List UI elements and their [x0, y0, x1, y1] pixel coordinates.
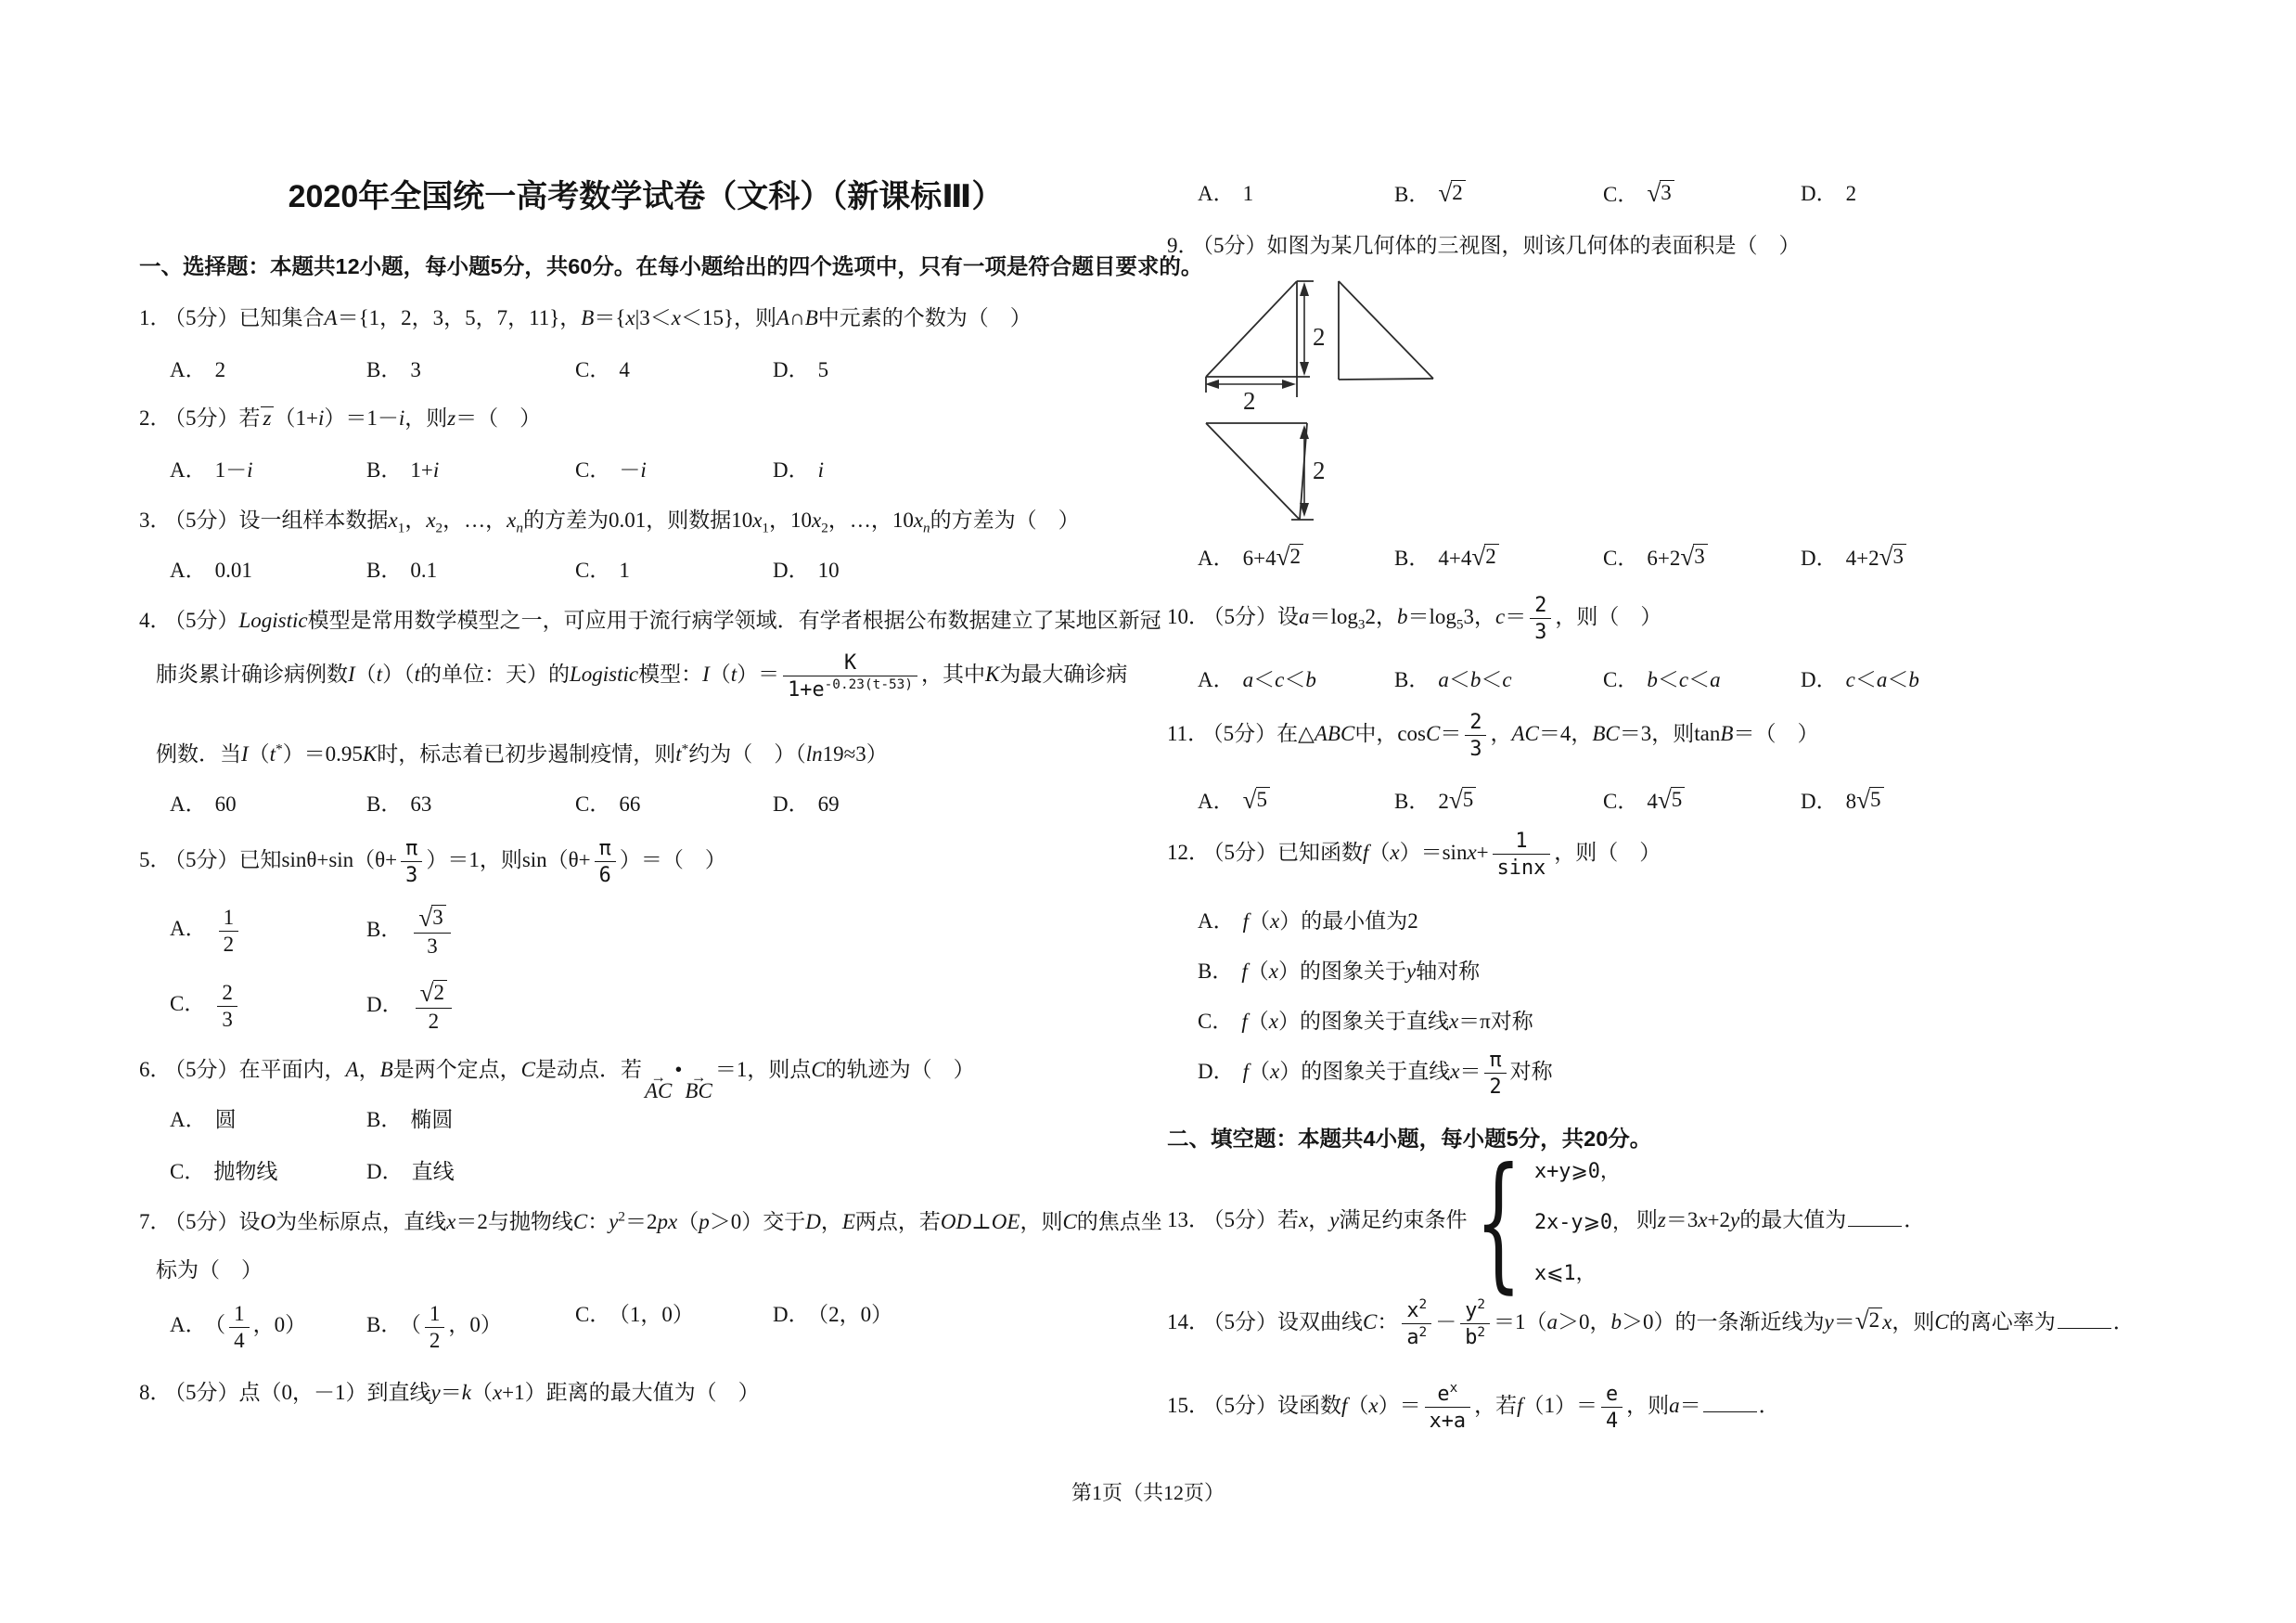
text-run: 2: [1869, 1308, 1880, 1332]
text-run: ＝: [1505, 605, 1526, 628]
option: C．－i: [575, 457, 773, 484]
question-1-stem: 1．（5分）已知集合A＝{1，2，3，5，7，11}，B＝{x|3＜x＜15}，…: [139, 304, 1152, 332]
math-variable: x: [1269, 1010, 1278, 1033]
math-variable: OD: [941, 1210, 971, 1233]
subscript: n: [516, 521, 523, 536]
question-stem-text: （5分）设a＝log32，b＝log53，c＝23，则（ ）: [1213, 605, 1661, 628]
text-run: ＝2与抛物线: [455, 1210, 573, 1233]
math-variable: x: [1467, 841, 1476, 864]
option: C．（1，0）: [575, 1301, 773, 1353]
radicand: 5: [1671, 787, 1686, 812]
question-number: 9．: [1167, 234, 1199, 257]
math-variable: i: [818, 458, 824, 482]
text-run: 约为（ ）（: [688, 742, 806, 766]
option-content: －i: [619, 458, 646, 482]
option: A．√5: [1198, 787, 1394, 816]
option-content: （1，0）: [619, 1303, 694, 1326]
text-run: 3: [222, 1008, 233, 1031]
fraction: π2: [1484, 1047, 1506, 1100]
text-run: （: [1368, 841, 1390, 864]
question-stem-text: （5分）在平面内，A，B是两个定点，C是动点．若→AC•→BC＝1，则点C的轨迹…: [175, 1058, 975, 1081]
question-14-stem: 14．（5分）设双曲线C：x2a2－y2b2＝1（a＞0，b＞0）的一条渐近线为…: [1167, 1297, 2234, 1350]
math-variable: y: [609, 1210, 618, 1233]
text-run: *: [276, 741, 283, 756]
math-variable: x: [426, 509, 435, 532]
option: D．i: [773, 457, 1152, 484]
text-run: 3: [1661, 181, 1672, 204]
radical-sign: √: [1855, 1307, 1869, 1333]
option: D．f（x）的图象关于直线x＝π2对称: [1198, 1047, 2234, 1100]
text-run: ＝（ ）: [455, 406, 541, 430]
question-4-stem-line-2: 肺炎累计确诊病例数I（t）（t的单位：天）的Logistic模型：I（t）＝K1…: [139, 650, 1152, 702]
fraction-denominator: 2: [1484, 1074, 1506, 1100]
option-label: D．: [1801, 790, 1838, 813]
text-run: （5分）设: [1213, 605, 1299, 628]
option: B．63: [366, 791, 575, 818]
page-footer: 第1页（共12页）: [0, 1477, 2296, 1506]
radical: √2: [420, 980, 447, 1006]
fraction-denominator: a2: [1402, 1324, 1431, 1350]
text-run: 3，: [1463, 605, 1495, 628]
fraction: y2b2: [1460, 1297, 1490, 1350]
option-label: B．: [366, 458, 402, 482]
option-content: 1: [1243, 182, 1254, 205]
fraction: K1+e-0.23(t-53): [783, 650, 917, 702]
radical: √2: [1276, 544, 1303, 570]
vertical-dimension-arrow: [1300, 425, 1309, 517]
text-run: ＝1，则点: [715, 1058, 812, 1081]
text-run: ）的图象关于直线: [1279, 1060, 1450, 1083]
math-variable: x: [625, 306, 635, 329]
text-run: 8: [1846, 790, 1857, 813]
section-2-header: 二、填空题：本题共4小题，每小题5分，共20分。: [1167, 1125, 2234, 1153]
text-run: ．: [1759, 1394, 1780, 1417]
text-run: 0.1: [410, 559, 437, 582]
math-variable: A: [346, 1058, 359, 1081]
math-variable: Logistic: [570, 663, 638, 686]
option-label: B．: [366, 1108, 402, 1131]
fraction: √22: [416, 980, 452, 1034]
text-run: 4+2: [1846, 547, 1879, 570]
option-label: B．: [1394, 547, 1430, 570]
option: B．椭圆: [366, 1106, 1152, 1134]
math-variable: z: [1658, 1208, 1666, 1231]
text-run: +1）距离的最大值为（ ）: [502, 1381, 759, 1404]
option: C．23: [170, 980, 366, 1034]
text-run: 1: [1243, 182, 1254, 205]
text-run: ，: [1490, 722, 1511, 745]
superscript: 2: [618, 1208, 625, 1224]
option-label: A．: [170, 559, 207, 582]
text-run: （5分）在平面内，: [175, 1058, 346, 1081]
radical: √3: [418, 905, 445, 931]
fraction-denominator: 6: [595, 862, 616, 888]
option-label: A．: [170, 917, 207, 940]
text-run: ＝: [1440, 722, 1461, 745]
question-7-stem-line-1: 7．（5分）设O为坐标原点，直线x＝2与抛物线C：y2＝2px（p＞0）交于D，…: [139, 1208, 1152, 1236]
option-content: （14，0）: [215, 1313, 307, 1336]
math-variable: x: [914, 509, 923, 532]
text-run: （5分）已知sinθ+sin（θ+: [175, 848, 398, 871]
text-run: ）＝0.95: [283, 742, 363, 766]
math-variable: E: [842, 1210, 855, 1233]
math-variable: B: [581, 306, 594, 329]
section-1-header: 一、选择题：本题共12小题，每小题5分，共60分。在每小题给出的四个选项中，只有…: [139, 252, 1152, 280]
option: D．69: [773, 791, 1152, 818]
question-9-stem: 9．（5分）如图为某几何体的三视图，则该几何体的表面积是（ ）: [1167, 232, 2234, 260]
option: A．60: [170, 791, 366, 818]
math-mono: π: [599, 837, 611, 860]
math-variable: x: [1269, 960, 1278, 983]
option-content: 1－i: [215, 458, 253, 482]
math-mono: x+a: [1430, 1410, 1466, 1433]
text-run: 中元素的个数为（ ）: [818, 306, 1032, 329]
radical-sign: √: [420, 980, 434, 1006]
text-run: 3: [1893, 545, 1905, 568]
text-run: 4: [619, 358, 630, 381]
subscript: 2: [821, 521, 828, 536]
math-variable: x: [672, 306, 681, 329]
text-run: +: [1477, 841, 1489, 864]
radical: √2: [1855, 1307, 1882, 1333]
math-mono: e: [1437, 1383, 1449, 1406]
text-run: 的单位：天）的: [420, 663, 570, 686]
text-run: 2: [1290, 545, 1302, 568]
fraction: 23: [217, 980, 237, 1032]
text-run: （1，0）: [619, 1303, 694, 1326]
text-run: （5分）已知函数: [1213, 841, 1363, 864]
text-run: （: [710, 663, 731, 686]
math-mono: sinx: [1497, 857, 1546, 880]
text-run: ，则: [1626, 1394, 1669, 1417]
radical: √3: [1879, 544, 1906, 570]
math-variable: C: [811, 1058, 825, 1081]
math-variable: x: [752, 509, 762, 532]
option: B．3: [366, 356, 575, 384]
right-column: A．1B．√2C．√3D．2 9．（5分）如图为某几何体的三视图，则该几何体的表…: [1167, 0, 2234, 1623]
text-run: 3: [1694, 545, 1705, 568]
text-run: ，0）: [448, 1313, 502, 1336]
math-variable: C: [573, 1210, 587, 1233]
option-label: D．: [1801, 668, 1838, 691]
fraction-denominator: sinx: [1493, 855, 1551, 881]
superscript: 2: [1419, 1296, 1428, 1312]
radical-sign: √: [1276, 544, 1290, 570]
text-run: ．: [1904, 1208, 1925, 1231]
math-variable: a: [1710, 668, 1721, 691]
text-run: 2: [436, 521, 443, 536]
text-run: ＝π对称: [1458, 1010, 1533, 1033]
dimension-label: 2: [1313, 323, 1326, 351]
option: C．4: [575, 356, 773, 384]
fraction-denominator: 2: [424, 1009, 444, 1035]
option-content: 23: [213, 992, 241, 1015]
question-10-options: A．a＜c＜bB．a＜b＜cC．b＜c＜aD．c＜a＜b: [1167, 666, 2234, 694]
option: A．1: [1198, 180, 1394, 209]
radical-sign: √: [1471, 544, 1485, 570]
question-8-stem: 8．（5分）点（0，－1）到直线y＝k（x+1）距离的最大值为（ ）: [139, 1379, 1152, 1407]
option-label: B．: [366, 358, 402, 381]
fraction: 14: [229, 1301, 250, 1353]
text-run: ，则（ ）: [1555, 605, 1661, 628]
option-content: 4√5: [1647, 790, 1685, 813]
text-run: ＝: [1834, 1310, 1855, 1333]
text-run: 的轨迹为（ ）: [826, 1058, 975, 1081]
option-label: C．: [1603, 547, 1638, 570]
fraction-denominator: 2: [425, 1328, 445, 1354]
math-variable: c: [1275, 668, 1284, 691]
text-run: 5: [1463, 788, 1474, 811]
fraction-denominator: 4: [229, 1328, 250, 1354]
radical-sign: √: [1438, 180, 1452, 206]
option: C．4√5: [1603, 787, 1801, 816]
text-run: ＝3，则tan: [1620, 722, 1721, 745]
radical-sign: √: [1879, 544, 1893, 570]
option-content: 0.1: [410, 559, 437, 582]
text-run: ）的最小值为2: [1279, 909, 1418, 933]
math-variable: x: [507, 509, 516, 532]
option-label: D．: [366, 1160, 404, 1183]
text-run: （1）＝: [1522, 1394, 1597, 1417]
radical: √3: [1647, 180, 1674, 206]
page-title: 2020年全国统一高考数学试卷（文科）（新课标Ⅲ）: [139, 176, 1152, 217]
fraction-denominator: 3: [1465, 736, 1486, 762]
question-stem-text: （5分）若z（1+i）＝1－i，则z＝（ ）: [175, 406, 542, 430]
option-label: B．: [1394, 790, 1430, 813]
radical-sign: √: [1243, 787, 1257, 813]
fraction-denominator: 2: [219, 932, 239, 958]
math-variable: ln: [806, 742, 823, 766]
text-run: ＝log: [1407, 605, 1456, 628]
option-content: 椭圆: [410, 1108, 453, 1131]
option-content: 2√5: [1438, 790, 1476, 813]
option-label: C．: [575, 559, 610, 582]
math-mono: K: [844, 651, 856, 675]
text-run: ∩: [789, 306, 805, 329]
front-view-triangle: [1206, 281, 1314, 397]
math-mono: y: [1465, 1299, 1477, 1322]
option-content: 66: [619, 792, 640, 816]
math-variable: b: [1470, 668, 1481, 691]
text-run: ．: [2113, 1310, 2135, 1333]
radical: √3: [1680, 544, 1707, 570]
superscript: *: [276, 741, 283, 756]
math-variable: D: [805, 1210, 821, 1233]
question-10-stem: 10．（5分）设a＝log32，b＝log53，c＝23，则（ ）: [1167, 592, 2234, 645]
text-run: 中，cos: [1354, 722, 1426, 745]
math-variable: C: [1934, 1310, 1948, 1333]
text-run: ，则（ ）: [1554, 841, 1661, 864]
question-number: 7．: [139, 1210, 172, 1233]
question-11-options: A．√5B．2√5C．4√5D．8√5: [1167, 787, 2234, 816]
question-number: 6．: [139, 1058, 172, 1081]
math-variable: B: [380, 1058, 393, 1081]
dimension-label: 2: [1313, 457, 1326, 484]
question-15-stem: 15．（5分）设函数f（x）＝exx+a，若f（1）＝e4，则a＝．: [1167, 1381, 2234, 1434]
question-number: 5．: [139, 848, 172, 871]
fraction-numerator: √2: [416, 980, 452, 1008]
answer-blank: [1848, 1204, 1902, 1227]
radical-sign: √: [1856, 787, 1870, 813]
text-run: 6+2: [1647, 547, 1680, 570]
text-run: ，: [1308, 1208, 1329, 1231]
fraction-numerator: ex: [1432, 1381, 1462, 1407]
option: C．√3: [1603, 180, 1801, 209]
text-run: （1+: [274, 406, 317, 430]
text-run: ＝4，: [1539, 722, 1593, 745]
text-run: （5分）点（0，－1）到直线: [175, 1381, 431, 1404]
text-run: 例数．当: [156, 742, 241, 766]
cases-row: x+y⩾0，: [1534, 1155, 1633, 1188]
fraction-numerator: π: [401, 835, 422, 861]
option-content: f（x）的图象关于直线x＝π2对称: [1243, 1060, 1553, 1083]
text-run: 直线: [412, 1160, 455, 1183]
text-run: 的最大值为: [1739, 1208, 1846, 1231]
option: D．c＜a＜b: [1801, 666, 2234, 694]
option-label: C．: [170, 992, 205, 1015]
question-stem-text: 例数．当I（t*）＝0.95K时，标志着已初步遏制疫情，则t*约为（ ）（ln1…: [156, 742, 888, 766]
text-run: 4+4: [1438, 547, 1471, 570]
fraction: exx+a: [1425, 1381, 1470, 1434]
option-content: 4+4√2: [1438, 547, 1498, 570]
option: B．1+i: [366, 457, 575, 484]
text-run: （5分）在△: [1212, 722, 1315, 745]
text-run: ⊥: [971, 1210, 992, 1233]
math-variable: x: [1390, 841, 1399, 864]
text-run: ，则: [1020, 1210, 1062, 1233]
option-label: B．: [366, 792, 402, 816]
question-stem-text: （5分）设双曲线C：x2a2－y2b2＝1（a＞0，b＞0）的一条渐近线为y＝√…: [1213, 1310, 2135, 1333]
math-variable: c: [1846, 668, 1855, 691]
vector-base: BC: [685, 1082, 712, 1101]
text-run: ：: [1377, 1310, 1398, 1333]
text-run: ，10: [769, 509, 812, 532]
radical: √5: [1856, 787, 1883, 813]
fraction-numerator: 1: [1510, 828, 1532, 854]
option: A．圆: [170, 1106, 366, 1134]
radical-sign: √: [1449, 787, 1463, 813]
text-run: 模型：: [638, 663, 702, 686]
text-run: ＝2: [625, 1210, 658, 1233]
text-run: ，…，: [443, 509, 507, 532]
radicand: 5: [1256, 787, 1271, 812]
fraction-numerator: 1: [219, 905, 239, 931]
math-variable: x: [1270, 909, 1279, 933]
subscript: n: [923, 521, 930, 536]
math-mono: 4: [1606, 1410, 1618, 1433]
option-content: √2: [1438, 183, 1465, 206]
math-variable: a: [1547, 1310, 1558, 1333]
question-5-stem: 5．（5分）已知sinθ+sin（θ+π3）＝1，则sin（θ+π6）＝（ ）: [139, 835, 1152, 888]
question-2-stem: 2．（5分）若z（1+i）＝1－i，则z＝（ ）: [139, 405, 1152, 432]
option-content: √3: [1647, 183, 1674, 206]
option: B．0.1: [366, 557, 575, 585]
math-variable: OE: [992, 1210, 1020, 1233]
text-run: 10: [818, 559, 840, 582]
question-stem-text: （5分）点（0，－1）到直线y＝k（x+1）距离的最大值为（ ）: [175, 1381, 760, 1404]
text-run: 5: [1257, 788, 1268, 811]
fraction-numerator: π: [595, 835, 616, 861]
math-mono: e: [1606, 1383, 1618, 1406]
option: D．5: [773, 356, 1152, 384]
text-run: 0.01: [215, 559, 252, 582]
text-run: ，若: [1474, 1394, 1517, 1417]
fraction-denominator: 3: [1530, 619, 1551, 645]
option-label: D．: [1801, 547, 1838, 570]
math-mono: 6: [599, 864, 611, 887]
text-run: ＝: [1680, 1394, 1701, 1417]
question-number: 15．: [1167, 1394, 1210, 1417]
math-variable: y: [1329, 1208, 1339, 1231]
radicand: 3: [431, 905, 446, 930]
text-run: －: [1435, 1310, 1456, 1333]
text-run: （: [410, 1313, 421, 1336]
option-label: A．: [1198, 547, 1235, 570]
math-mono: π: [1489, 1049, 1501, 1072]
option: C．抛物线: [170, 1158, 366, 1186]
math-mono: x+y⩾0，: [1534, 1160, 1621, 1183]
question-11-stem: 11．（5分）在△ABC中，cosC＝23，AC＝4，BC＝3，则tanB＝（ …: [1167, 709, 2234, 762]
text-run: ＜: [1658, 668, 1679, 691]
text-run: （5分）设一组样本数据: [175, 509, 389, 532]
text-run: •: [674, 1058, 682, 1081]
text-run: 60: [215, 792, 237, 816]
question-number: 10．: [1167, 605, 1210, 628]
text-run: 是两个定点，: [393, 1058, 521, 1081]
text-run: 两点，若: [855, 1210, 941, 1233]
text-run: （: [1249, 1060, 1270, 1083]
option-content: 63: [410, 792, 431, 816]
text-run: ＝3: [1666, 1208, 1699, 1231]
question-number: 4．: [139, 609, 172, 632]
subscript: 1: [762, 521, 769, 536]
option: A．12: [170, 905, 366, 959]
option-content: √5: [1243, 790, 1270, 813]
option-content: （12，0）: [410, 1313, 502, 1336]
question-9-options: A．6+4√2B．4+4√2C．6+2√3D．4+2√3: [1167, 544, 2234, 573]
option-content: a＜c＜b: [1243, 668, 1316, 691]
dimension-label: 2: [1243, 387, 1256, 415]
radical: √5: [1658, 787, 1685, 813]
left-column: 2020年全国统一高考数学试卷（文科）（新课标Ⅲ） 一、选择题：本题共12小题，…: [139, 0, 1152, 1623]
math-variable: BC: [1592, 722, 1619, 745]
text-run: ＝: [1459, 1060, 1481, 1083]
exam-paper-page: 2020年全国统一高考数学试卷（文科）（新课标Ⅲ） 一、选择题：本题共12小题，…: [0, 0, 2296, 1623]
fraction-numerator: K: [840, 650, 861, 676]
question-stem-text: 肺炎累计确诊病例数I（t）（t的单位：天）的Logistic模型：I（t）＝K1…: [156, 663, 1127, 686]
text-run: 2: [1485, 545, 1496, 568]
option: D．直线: [366, 1158, 1152, 1186]
math-mono: 2: [1469, 711, 1481, 734]
text-run: 的焦点坐: [1077, 1210, 1162, 1233]
side-view-triangle: [1339, 281, 1433, 380]
text-run: ，其中: [921, 663, 985, 686]
text-run: （: [1248, 960, 1269, 983]
fraction-denominator: 1+e-0.23(t-53): [783, 676, 917, 702]
text-run: 2: [821, 521, 828, 536]
fraction: 12: [425, 1301, 445, 1353]
option-label: B．: [366, 559, 402, 582]
three-view-drawing: 2 2: [1200, 271, 1479, 549]
text-run: ）＝1，则sin（θ+: [426, 848, 590, 871]
math-variable: a: [1243, 668, 1254, 691]
math-mono: 3: [1469, 738, 1481, 761]
option-label: D．: [366, 993, 404, 1016]
text-run: 轴对称: [1416, 960, 1480, 983]
math-mono: -0.23(t-53): [825, 677, 913, 692]
vector-base: AC: [645, 1082, 672, 1101]
text-run: ＜: [1284, 668, 1305, 691]
